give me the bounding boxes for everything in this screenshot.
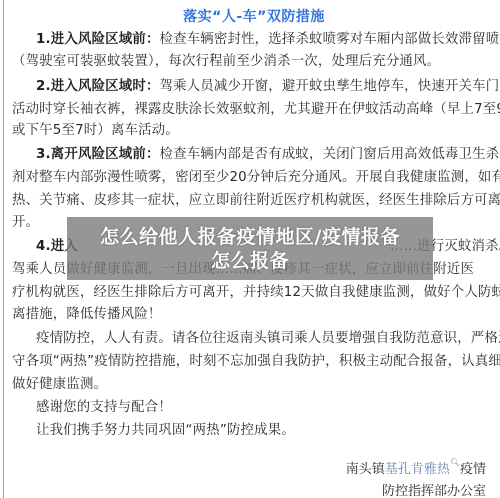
paragraph-line: 活动时穿长袖衣裤，裸露皮肤涂长效驱蚊剂，尤其避开在伊蚊活动高峰（早上7至9时 <box>12 100 500 120</box>
paragraph-line: 或下午5至7时）离车活动。 <box>12 121 179 141</box>
document-title: 落实“人-车”双防措施 <box>12 6 496 26</box>
line-text: 热、关节痛、皮疹其一症状，应立即前往附近医疗机构就医，经医生排除后方可离 <box>12 193 500 208</box>
paragraph-line: 热、关节痛、皮疹其一症状，应立即前往附近医疗机构就医，经医生排除后方可离 <box>12 191 500 211</box>
paragraph-line: 疗机构就医，经医生排除后方可离开，并持续12天做自我健康监测，做好个人防蚊隔 <box>12 283 500 303</box>
keyword-link[interactable]: 基孔肯雅热 <box>385 462 450 477</box>
section-heading: 2.进入风险区域时： <box>36 79 160 94</box>
signature-suffix: 疫情 <box>460 462 486 477</box>
line-text: 感谢您的支持与配合！ <box>36 400 172 415</box>
paragraph-line: 3.离开风险区域前：检查车辆内部是否有成蚊，关闭门窗后用高效低毒卫生杀虫 <box>12 145 500 165</box>
signature-line-2: 防控指挥部办公室 <box>382 480 486 498</box>
line-text: 或下午5至7时）离车活动。 <box>12 123 179 138</box>
line-text: 离措施，降低传播风险！ <box>12 307 162 322</box>
line-text: 做好健康监测。 <box>12 377 107 392</box>
paragraph-line: 剂对整车内部弥漫性喷雾，密闭至少20分钟后充分通风。开展自我健康监测，如有发 <box>12 168 500 188</box>
section-heading: 1.进入风险区域前： <box>36 32 160 47</box>
title-overlay-banner: 怎么给他人报备疫情地区/疫情报备 怎么报备 <box>67 217 433 280</box>
paragraph-line: 离措施，降低传播风险！ <box>12 305 162 325</box>
line-text: 疫情防控，人人有责。请各位往返南头镇司乘人员要增强自我防范意识，严格遵 <box>36 331 500 346</box>
line-text: 疗机构就医，经医生排除后方可离开，并持续12天做自我健康监测，做好个人防蚊隔 <box>12 285 500 300</box>
paragraph-line: （驾驶室可装驱蚊装置），每次行程前至少消杀一次，处理后充分通风。 <box>12 52 440 72</box>
paragraph-line: 疫情防控，人人有责。请各位往返南头镇司乘人员要增强自我防范意识，严格遵 <box>12 329 500 349</box>
paragraph-line: 1.进入风险区域前：检查车辆密封性，选择杀蚊喷雾对车厢内部做长效滞留喷洒 <box>12 30 500 50</box>
signature-prefix: 南头镇 <box>346 462 385 477</box>
section-heading: 3.离开风险区域前： <box>36 147 160 162</box>
line-text: 检查车辆内部是否有成蚊，关闭门窗后用高效低毒卫生杀虫 <box>160 147 500 162</box>
line-text: 剂对整车内部弥漫性喷雾，密闭至少20分钟后充分通风。开展自我健康监测，如有发 <box>12 170 500 185</box>
search-icon[interactable]: 🔍︎ <box>450 458 460 467</box>
paragraph-line: 守各项“两热”疫情防控措施，时刻不忘加强自我防护，积极主动配合报备，认真细致 <box>12 352 500 372</box>
line-text: 检查车辆密封性，选择杀蚊喷雾对车厢内部做长效滞留喷洒 <box>160 32 500 47</box>
signature-line-1: 南头镇基孔肯雅热🔍︎疫情 <box>346 458 486 477</box>
overlay-title-line-1: 怎么给他人报备疫情地区/疫情报备 <box>100 225 400 249</box>
left-border-rule <box>3 0 4 498</box>
overlay-title-line-2: 怎么报备 <box>211 249 289 273</box>
paragraph-line: 2.进入风险区域时：驾乘人员减少开窗，避开蚊虫孳生地停车，快速开关车门， <box>12 77 500 97</box>
line-text: 活动时穿长袖衣裤，裸露皮肤涂长效驱蚊剂，尤其避开在伊蚊活动高峰（早上7至9时 <box>12 102 500 117</box>
line-text: 开。 <box>12 215 39 230</box>
paragraph-line: 感谢您的支持与配合！ <box>12 398 172 418</box>
paragraph-line: 开。 <box>12 213 39 233</box>
line-text: 让我们携手努力共同巩固“两热”防控成果。 <box>36 423 295 438</box>
paragraph-line: 做好健康监测。 <box>12 375 107 395</box>
line-text: 驾乘人员减少开窗，避开蚊虫孳生地停车，快速开关车门， <box>160 79 500 94</box>
line-text: 守各项“两热”疫情防控措施，时刻不忘加强自我防护，积极主动配合报备，认真细致 <box>12 354 500 369</box>
paragraph-line: 让我们携手努力共同巩固“两热”防控成果。 <box>12 421 295 441</box>
line-text: （驾驶室可装驱蚊装置），每次行程前至少消杀一次，处理后充分通风。 <box>12 54 440 69</box>
